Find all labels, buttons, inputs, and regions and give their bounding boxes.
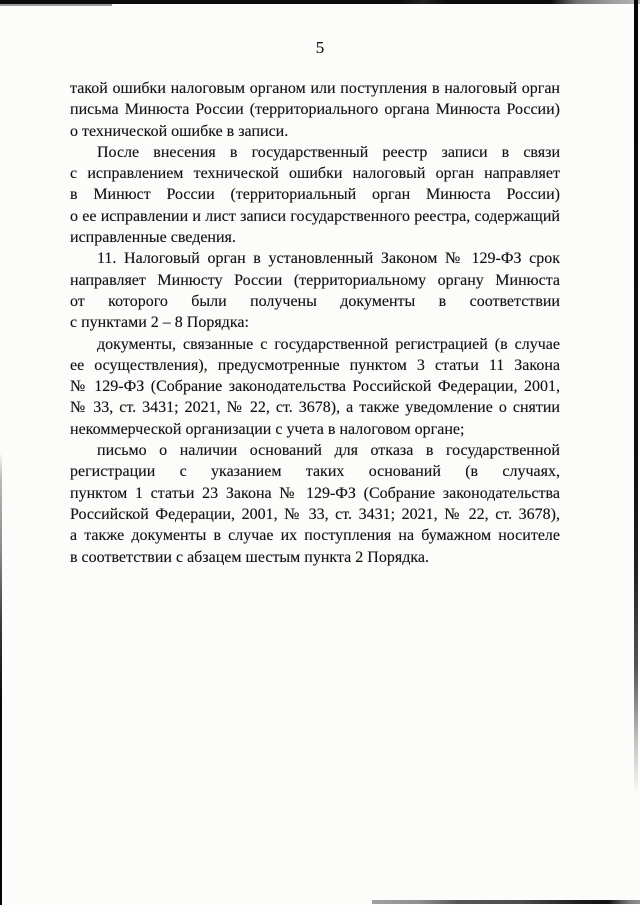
text-line: исправленные сведения. xyxy=(70,227,560,248)
text-line: о ее исправлении и лист записи государст… xyxy=(70,206,560,227)
scanned-document-page: 5 такой ошибки налоговым органом или пос… xyxy=(0,0,640,905)
text-line: с пунктами 2 – 8 Порядка: xyxy=(70,312,560,333)
text-line: в Минюст России (территориальный орган М… xyxy=(70,184,560,205)
text-line: некоммерческой организации с учета в нал… xyxy=(70,419,560,440)
text-line: о технической ошибке в записи. xyxy=(70,121,560,142)
page-number: 5 xyxy=(0,38,640,58)
text-line: письмо о наличии оснований для отказа в … xyxy=(70,440,560,461)
text-line: с исправлением технической ошибки налого… xyxy=(70,163,560,184)
text-line: направляет Минюсту России (территориальн… xyxy=(70,270,560,291)
text-line: документы, связанные с государственной р… xyxy=(70,334,560,355)
text-line: письма Минюста России (территориального … xyxy=(70,99,560,120)
text-line: в соответствии с абзацем шестым пункта 2… xyxy=(70,547,560,568)
text-line: от которого были получены документы в со… xyxy=(70,291,560,312)
text-line: № 129-ФЗ (Собрание законодательства Росс… xyxy=(70,376,560,397)
text-line: а также документы в случае их поступлени… xyxy=(70,525,560,546)
text-line: № 33, ст. 3431; 2021, № 22, ст. 3678), а… xyxy=(70,397,560,418)
text-line: Российской Федерации, 2001, № 33, ст. 34… xyxy=(70,504,560,525)
text-line: пунктом 1 статьи 23 Закона № 129-ФЗ (Соб… xyxy=(70,483,560,504)
text-line: регистрации с указанием таких оснований … xyxy=(70,461,560,482)
text-line: такой ошибки налоговым органом или посту… xyxy=(70,78,560,99)
text-line: 11. Налоговый орган в установленный Зако… xyxy=(70,248,560,269)
text-line: После внесения в государственный реестр … xyxy=(70,142,560,163)
scan-edge-left xyxy=(0,452,2,905)
document-body-text: такой ошибки налоговым органом или посту… xyxy=(70,78,560,568)
scan-edge-top-shadow xyxy=(0,4,112,6)
text-line: ее осуществления), предусмотренные пункт… xyxy=(70,355,560,376)
scan-edge-bottom xyxy=(372,900,640,904)
scan-edge-right xyxy=(634,0,638,795)
